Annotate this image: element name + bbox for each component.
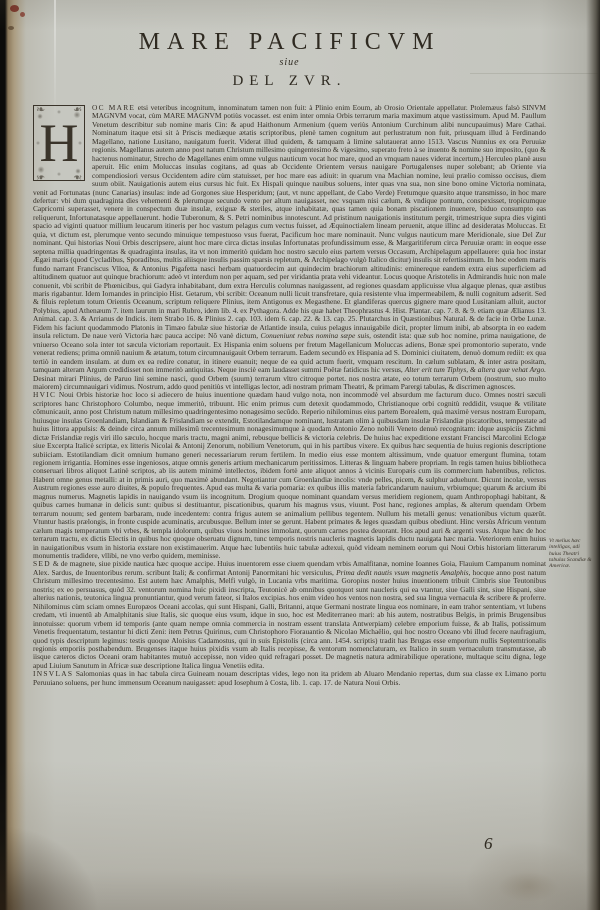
page-subtitle: DEL ZVR. — [33, 73, 546, 90]
ink-speck — [8, 26, 14, 30]
title-connector: siue — [33, 57, 546, 68]
paragraph-text: Salomonias quas in hac tabula circa Guin… — [33, 669, 546, 686]
page-title: MARE PACIFICVM — [33, 30, 546, 54]
ink-speck — [20, 12, 25, 17]
paragraph: HVIC Noui Orbis historiæ hoc loco si adi… — [33, 391, 546, 560]
ink-speck — [10, 5, 19, 12]
body-text: ❧❧❧❧HOC MARE etsi veteribus incognitum, … — [33, 104, 546, 687]
paragraph-text: etsi veteribus incognitum, innominatum t… — [33, 103, 546, 340]
drop-cap-letter: H — [40, 139, 79, 147]
paragraph-text: Desinat mirari Plinius, de Paruo lini se… — [33, 374, 546, 391]
paragraph-text: Noui Orbis historiæ hoc loco si adiecero… — [33, 390, 546, 560]
paragraph: INSVLAS Salomonias quas in hac tabula ci… — [33, 670, 546, 687]
floral-ornament-icon: ❧ — [73, 106, 82, 114]
title-block: MARE PACIFICVM siue DEL ZVR. — [33, 30, 546, 90]
paragraph: ❧❧❧❧HOC MARE etsi veteribus incognitum, … — [33, 104, 546, 391]
paragraph: SED & de magnete, siue pixide nautica hæ… — [33, 560, 546, 670]
paper-stain — [498, 872, 558, 902]
page-number: 6 — [484, 834, 493, 854]
margin-note: Vt melius hæc intelligas, adi huius Thea… — [549, 538, 593, 569]
floral-ornament-icon: ❧ — [36, 106, 45, 114]
floral-ornament-icon: ❧ — [36, 172, 45, 180]
scanned-page-background: MARE PACIFICVM siue DEL ZVR. ❧❧❧❧HOC MAR… — [0, 0, 600, 910]
drop-cap-initial: ❧❧❧❧H — [33, 105, 85, 181]
floral-ornament-icon: ❧ — [73, 172, 82, 180]
paragraph-text: hocque anno post natum Christum millesim… — [33, 568, 546, 670]
